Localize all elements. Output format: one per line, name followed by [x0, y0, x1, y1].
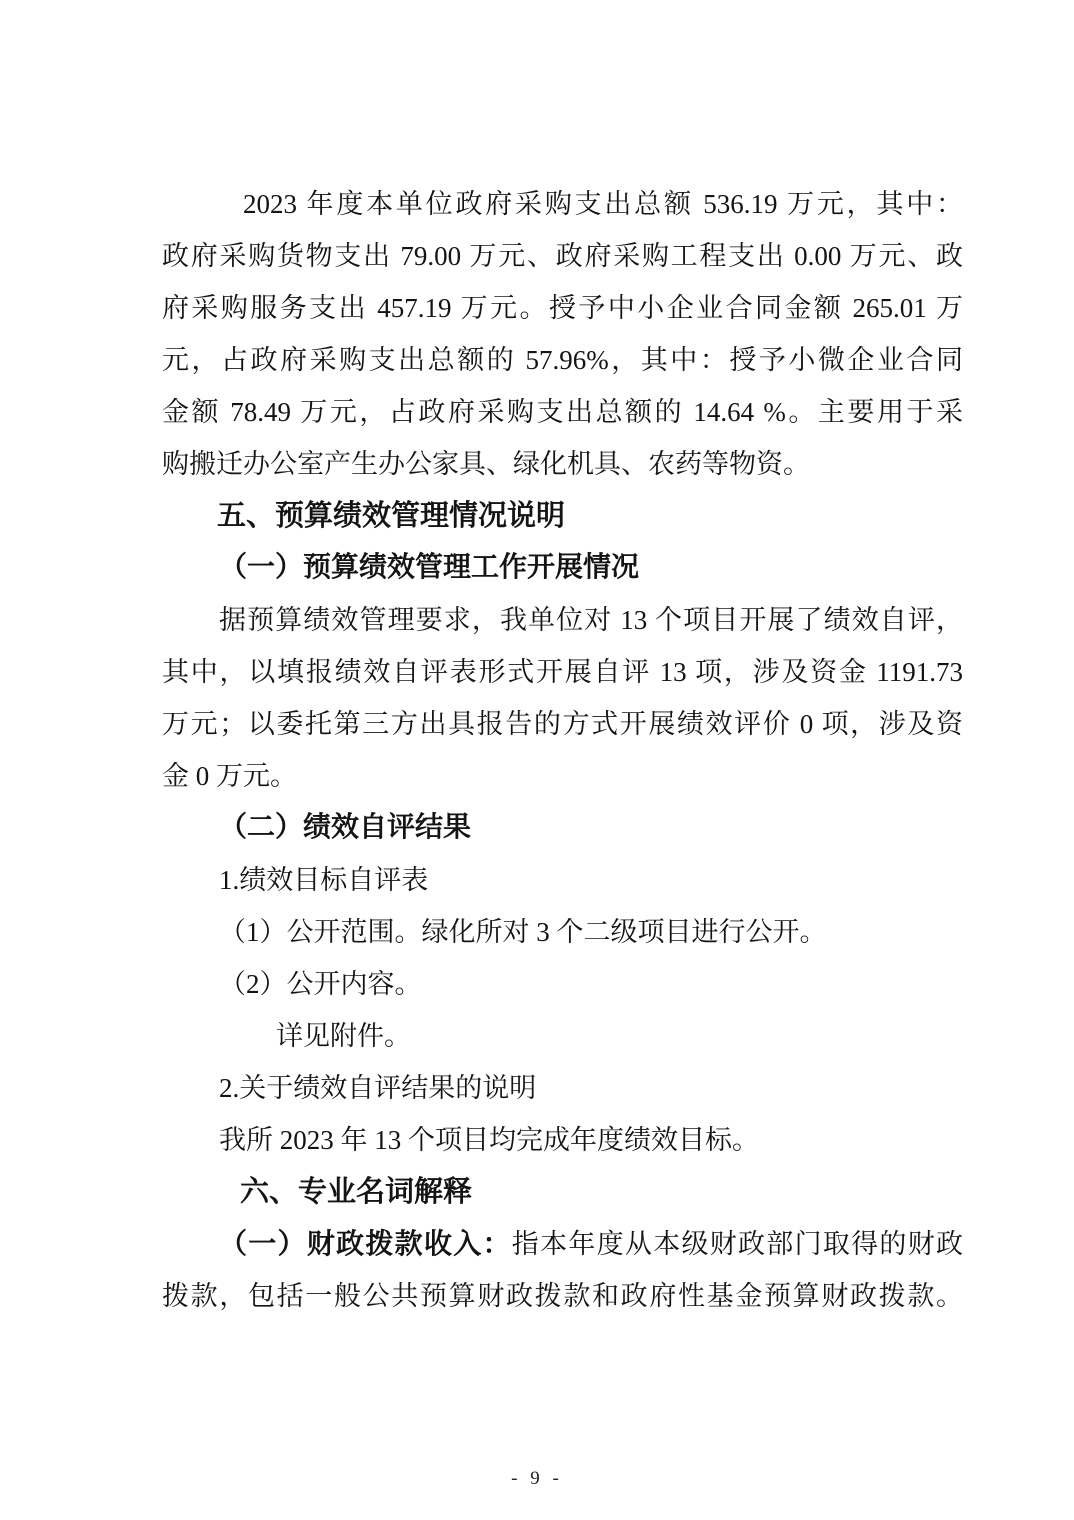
goals-completed-line: 我所 2023 年 13 个项目均完成年度绩效目标。	[162, 1114, 963, 1166]
self-eval-table-item: 1.绩效目标自评表	[162, 854, 963, 906]
procurement-services-line: 府采购服务支出 457.19 万元。授予中小企业合同金额 265.01 万	[162, 282, 963, 334]
see-attachment-line: 详见附件。	[162, 1010, 963, 1062]
open-content-item: （2）公开内容。	[162, 958, 963, 1010]
section-5-heading: 五、预算绩效管理情况说明	[162, 490, 963, 542]
procurement-sme-line: 元，占政府采购支出总额的 57.96%，其中：授予小微企业合同	[162, 334, 963, 386]
term-definition-text: 指本年度从本级财政部门取得的财政	[512, 1229, 963, 1259]
open-scope-item: （1）公开范围。绿化所对 3 个二级项目进行公开。	[162, 906, 963, 958]
document-body: 2023 年度本单位政府采购支出总额 536.19 万元，其中： 政府采购货物支…	[162, 178, 963, 1322]
term-definition-line-2: 拨款，包括一般公共预算财政拨款和政府性基金预算财政拨款。	[162, 1270, 963, 1322]
performance-eval-line-3: 万元；以委托第三方出具报告的方式开展绩效评价 0 项，涉及资	[162, 698, 963, 750]
term-definition-line-1: （一）财政拨款收入：指本年度从本级财政部门取得的财政	[162, 1218, 963, 1270]
procurement-goods-line: 政府采购货物支出 79.00 万元、政府采购工程支出 0.00 万元、政	[162, 230, 963, 282]
term-name-bold: （一）财政拨款收入：	[219, 1229, 512, 1260]
procurement-total-line: 2023 年度本单位政府采购支出总额 536.19 万元，其中：	[162, 178, 963, 230]
section-6-heading: 六、专业名词解释	[162, 1166, 963, 1218]
procurement-micro-line: 金额 78.49 万元，占政府采购支出总额的 14.64 %。主要用于采	[162, 386, 963, 438]
procurement-usage-line: 购搬迁办公室产生办公家具、绿化机具、农药等物资。	[162, 438, 963, 490]
performance-eval-line-1: 据预算绩效管理要求，我单位对 13 个项目开展了绩效自评，	[162, 594, 963, 646]
document-page: 2023 年度本单位政府采购支出总额 536.19 万元，其中： 政府采购货物支…	[0, 0, 1074, 1520]
self-eval-result-item: 2.关于绩效自评结果的说明	[162, 1062, 963, 1114]
performance-eval-line-4: 金 0 万元。	[162, 750, 963, 802]
performance-eval-line-2: 其中，以填报绩效自评表形式开展自评 13 项，涉及资金 1191.73	[162, 646, 963, 698]
subsection-5-2-heading: （二）绩效自评结果	[162, 802, 963, 854]
page-number: - 9 -	[0, 1468, 1074, 1490]
subsection-5-1-heading: （一）预算绩效管理工作开展情况	[162, 542, 963, 594]
